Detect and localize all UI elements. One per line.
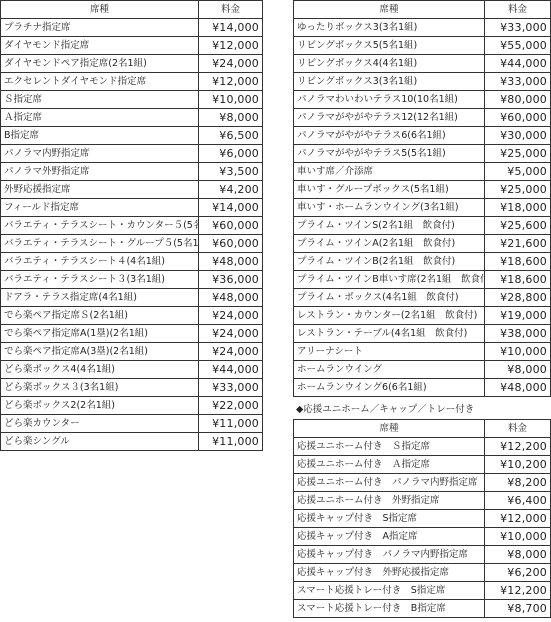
table-row: 応援キャップ付き S指定席¥12,000 bbox=[294, 510, 551, 528]
table-row: でら楽ペア指定席A(3塁)(2名1組)¥24,000 bbox=[1, 343, 263, 361]
price-cell: ¥48,000 bbox=[199, 253, 263, 271]
table-row: どら楽シングル¥11,000 bbox=[1, 433, 263, 451]
header-seat: 席種 bbox=[294, 420, 485, 438]
seat-name-cell: ダイヤモンド指定席 bbox=[1, 37, 199, 55]
table-row: 外野応援指定席¥4,200 bbox=[1, 181, 263, 199]
price-cell: ¥3,500 bbox=[199, 163, 263, 181]
seat-price-table-right: 席種 料金 ゆったりボックス3(3名1組)¥33,000リビングボックス5(5名… bbox=[293, 0, 551, 397]
price-cell: ¥24,000 bbox=[199, 55, 263, 73]
table-row: Ｓ指定席¥10,000 bbox=[1, 91, 263, 109]
price-cell: ¥11,000 bbox=[199, 415, 263, 433]
price-cell: ¥5,000 bbox=[485, 163, 551, 181]
price-cell: ¥8,000 bbox=[485, 546, 551, 564]
header-seat: 席種 bbox=[294, 1, 485, 19]
table-row: どら楽ボックス4(4名1組)¥44,000 bbox=[1, 361, 263, 379]
seat-name-cell: パノラマわいわいテラス10(10名1組) bbox=[294, 91, 485, 109]
table-row: B指定席¥6,500 bbox=[1, 127, 263, 145]
seat-name-cell: パノラマがやがやテラス5(5名1組) bbox=[294, 145, 485, 163]
price-cell: ¥36,000 bbox=[199, 271, 263, 289]
price-cell: ¥8,700 bbox=[485, 600, 551, 618]
seat-name-cell: レストラン・カウンター(2名1組 飲食付) bbox=[294, 307, 485, 325]
table-row: リビングボックス5(5名1組)¥55,000 bbox=[294, 37, 551, 55]
seat-name-cell: プライム・ツインB車いす席(2名1組 飲食付) bbox=[294, 271, 485, 289]
header-price: 料金 bbox=[485, 420, 551, 438]
price-cell: ¥12,000 bbox=[199, 73, 263, 91]
price-cell: ¥24,000 bbox=[199, 325, 263, 343]
table-row: ゆったりボックス3(3名1組)¥33,000 bbox=[294, 19, 551, 37]
table-row: ダイヤモンドペア指定席(2名1組)¥24,000 bbox=[1, 55, 263, 73]
table-row: ホームランウイング6(6名1組)¥48,000 bbox=[294, 379, 551, 397]
price-cell: ¥18,600 bbox=[485, 253, 551, 271]
price-cell: ¥12,000 bbox=[485, 510, 551, 528]
seat-name-cell: プライム・ツインB(2名1組 飲食付) bbox=[294, 253, 485, 271]
seat-name-cell: プライム・ツインA(2名1組 飲食付) bbox=[294, 235, 485, 253]
table-row: どら楽ボックス2(2名1組)¥22,000 bbox=[1, 397, 263, 415]
price-cell: ¥25,000 bbox=[485, 181, 551, 199]
table-row: バラエティ・テラスシート・カウンター５(5名1組)¥60,000 bbox=[1, 217, 263, 235]
table-row: パノラマわいわいテラス10(10名1組)¥80,000 bbox=[294, 91, 551, 109]
table-row: パノラマがやがやテラス12(12名1組)¥60,000 bbox=[294, 109, 551, 127]
seat-name-cell: ドアラ・テラス指定席(4名1組) bbox=[1, 289, 199, 307]
seat-name-cell: プラチナ指定席 bbox=[1, 19, 199, 37]
price-cell: ¥10,000 bbox=[485, 343, 551, 361]
table-row: 応援ユニホーム付き Ｓ指定席¥12,200 bbox=[294, 438, 551, 456]
table-row: パノラマ内野指定席¥6,000 bbox=[1, 145, 263, 163]
seat-name-cell: パノラマ外野指定席 bbox=[1, 163, 199, 181]
table-row: どら楽カウンター¥11,000 bbox=[1, 415, 263, 433]
price-cell: ¥12,200 bbox=[485, 582, 551, 600]
price-cell: ¥8,000 bbox=[485, 361, 551, 379]
seat-name-cell: リビングボックス3(3名1組) bbox=[294, 73, 485, 91]
table-header-row: 席種 料金 bbox=[294, 1, 551, 19]
price-cell: ¥4,200 bbox=[199, 181, 263, 199]
price-cell: ¥60,000 bbox=[485, 109, 551, 127]
table-row: 応援キャップ付き 外野応援指定席¥6,200 bbox=[294, 564, 551, 582]
table-row: プライム・ツインS(2名1組 飲食付)¥25,600 bbox=[294, 217, 551, 235]
price-cell: ¥25,000 bbox=[485, 145, 551, 163]
seat-name-cell: 車いす・ホームランウイング(3名1組) bbox=[294, 199, 485, 217]
seat-name-cell: スマート応援トレー付き S指定席 bbox=[294, 582, 485, 600]
seat-name-cell: バラエティ・テラスシート・カウンター５(5名1組) bbox=[1, 217, 199, 235]
price-cell: ¥48,000 bbox=[485, 379, 551, 397]
seat-name-cell: Ａ指定席 bbox=[1, 109, 199, 127]
table-header-row: 席種 料金 bbox=[294, 420, 551, 438]
seat-name-cell: スマート応援トレー付き B指定席 bbox=[294, 600, 485, 618]
table-row: パノラマ外野指定席¥3,500 bbox=[1, 163, 263, 181]
table-row: 応援ユニホーム付き Ａ指定席¥10,200 bbox=[294, 456, 551, 474]
price-cell: ¥55,000 bbox=[485, 37, 551, 55]
seat-name-cell: バラエティ・テラスシート・グループ５(5名1組) bbox=[1, 235, 199, 253]
price-cell: ¥33,000 bbox=[485, 19, 551, 37]
table-row: でら楽ペア指定席A(1塁)(2名1組)¥24,000 bbox=[1, 325, 263, 343]
seat-price-table-left: 席種 料金 プラチナ指定席¥14,000ダイヤモンド指定席¥12,000ダイヤモ… bbox=[0, 0, 263, 451]
table-row: プライム・ツインB車いす席(2名1組 飲食付)¥18,600 bbox=[294, 271, 551, 289]
table-row: 応援キャップ付き パノラマ内野指定席¥8,000 bbox=[294, 546, 551, 564]
price-cell: ¥10,000 bbox=[485, 528, 551, 546]
seat-name-cell: Ｓ指定席 bbox=[1, 91, 199, 109]
seat-name-cell: でら楽ペア指定席Ｓ(2名1組) bbox=[1, 307, 199, 325]
price-cell: ¥28,800 bbox=[485, 289, 551, 307]
seat-name-cell: 応援ユニホーム付き 外野指定席 bbox=[294, 492, 485, 510]
price-cell: ¥8,200 bbox=[485, 474, 551, 492]
table-row: どら楽ボックス３(3名1組)¥33,000 bbox=[1, 379, 263, 397]
seat-name-cell: リビングボックス5(5名1組) bbox=[294, 37, 485, 55]
table-row: リビングボックス3(3名1組)¥33,000 bbox=[294, 73, 551, 91]
seat-name-cell: 車いす席／介添席 bbox=[294, 163, 485, 181]
seat-name-cell: ゆったりボックス3(3名1組) bbox=[294, 19, 485, 37]
seat-name-cell: フィールド指定席 bbox=[1, 199, 199, 217]
table-row: プライム・ツインA(2名1組 飲食付)¥21,600 bbox=[294, 235, 551, 253]
price-cell: ¥60,000 bbox=[199, 235, 263, 253]
price-cell: ¥10,200 bbox=[485, 456, 551, 474]
seat-name-cell: パノラマがやがやテラス12(12名1組) bbox=[294, 109, 485, 127]
table-row: スマート応援トレー付き B指定席¥8,700 bbox=[294, 600, 551, 618]
price-cell: ¥25,600 bbox=[485, 217, 551, 235]
price-cell: ¥44,000 bbox=[199, 361, 263, 379]
price-cell: ¥18,000 bbox=[485, 199, 551, 217]
table-row: エクセレントダイヤモンド指定席¥12,000 bbox=[1, 73, 263, 91]
table-row: フィールド指定席¥14,000 bbox=[1, 199, 263, 217]
header-price: 料金 bbox=[199, 1, 263, 19]
seat-name-cell: B指定席 bbox=[1, 127, 199, 145]
seat-name-cell: 応援キャップ付き A指定席 bbox=[294, 528, 485, 546]
seat-name-cell: どら楽ボックス2(2名1組) bbox=[1, 397, 199, 415]
price-cell: ¥30,000 bbox=[485, 127, 551, 145]
table-row: 車いす席／介添席¥5,000 bbox=[294, 163, 551, 181]
seat-name-cell: ホームランウイング bbox=[294, 361, 485, 379]
seat-name-cell: どら楽シングル bbox=[1, 433, 199, 451]
table-row: バラエティ・テラスシート３(3名1組)¥36,000 bbox=[1, 271, 263, 289]
table-row: アリーナシート¥10,000 bbox=[294, 343, 551, 361]
seat-name-cell: 車いす・グループボックス(5名1組) bbox=[294, 181, 485, 199]
price-cell: ¥24,000 bbox=[199, 307, 263, 325]
table-row: 車いす・ホームランウイング(3名1組)¥18,000 bbox=[294, 199, 551, 217]
table-row: プライム・ボックス(4名1組 飲食付)¥28,800 bbox=[294, 289, 551, 307]
table-row: リビングボックス4(4名1組)¥44,000 bbox=[294, 55, 551, 73]
seat-name-cell: 応援キャップ付き パノラマ内野指定席 bbox=[294, 546, 485, 564]
price-cell: ¥14,000 bbox=[199, 19, 263, 37]
seat-name-cell: 外野応援指定席 bbox=[1, 181, 199, 199]
seat-name-cell: パノラマがやがやテラス6(6名1組) bbox=[294, 127, 485, 145]
seat-name-cell: バラエティ・テラスシート４(4名1組) bbox=[1, 253, 199, 271]
price-cell: ¥21,600 bbox=[485, 235, 551, 253]
price-cell: ¥6,000 bbox=[199, 145, 263, 163]
seat-name-cell: 応援ユニホーム付き Ｓ指定席 bbox=[294, 438, 485, 456]
header-price: 料金 bbox=[485, 1, 551, 19]
seat-name-cell: パノラマ内野指定席 bbox=[1, 145, 199, 163]
table-row: ドアラ・テラス指定席(4名1組)¥48,000 bbox=[1, 289, 263, 307]
seat-name-cell: 応援ユニホーム付き Ａ指定席 bbox=[294, 456, 485, 474]
price-cell: ¥48,000 bbox=[199, 289, 263, 307]
price-cell: ¥18,600 bbox=[485, 271, 551, 289]
seat-name-cell: ホームランウイング6(6名1組) bbox=[294, 379, 485, 397]
seat-name-cell: プライム・ボックス(4名1組 飲食付) bbox=[294, 289, 485, 307]
price-cell: ¥12,200 bbox=[485, 438, 551, 456]
table-row: バラエティ・テラスシート４(4名1組)¥48,000 bbox=[1, 253, 263, 271]
table-row: 車いす・グループボックス(5名1組)¥25,000 bbox=[294, 181, 551, 199]
table-row: パノラマがやがやテラス6(6名1組)¥30,000 bbox=[294, 127, 551, 145]
price-cell: ¥6,400 bbox=[485, 492, 551, 510]
seat-name-cell: どら楽カウンター bbox=[1, 415, 199, 433]
table-row: レストラン・テーブル(4名1組 飲食付)¥38,000 bbox=[294, 325, 551, 343]
table-row: スマート応援トレー付き S指定席¥12,200 bbox=[294, 582, 551, 600]
price-cell: ¥38,000 bbox=[485, 325, 551, 343]
seat-name-cell: プライム・ツインS(2名1組 飲食付) bbox=[294, 217, 485, 235]
price-cell: ¥33,000 bbox=[485, 73, 551, 91]
seat-name-cell: 応援キャップ付き S指定席 bbox=[294, 510, 485, 528]
table-row: ホームランウイング¥8,000 bbox=[294, 361, 551, 379]
price-cell: ¥19,000 bbox=[485, 307, 551, 325]
price-cell: ¥33,000 bbox=[199, 379, 263, 397]
seat-name-cell: レストラン・テーブル(4名1組 飲食付) bbox=[294, 325, 485, 343]
seat-name-cell: でら楽ペア指定席A(3塁)(2名1組) bbox=[1, 343, 199, 361]
price-cell: ¥60,000 bbox=[199, 217, 263, 235]
price-cell: ¥6,200 bbox=[485, 564, 551, 582]
table-row: バラエティ・テラスシート・グループ５(5名1組)¥60,000 bbox=[1, 235, 263, 253]
seat-name-cell: 応援キャップ付き 外野応援指定席 bbox=[294, 564, 485, 582]
header-seat: 席種 bbox=[1, 1, 199, 19]
price-cell: ¥12,000 bbox=[199, 37, 263, 55]
table-row: ダイヤモンド指定席¥12,000 bbox=[1, 37, 263, 55]
table-row: Ａ指定席¥8,000 bbox=[1, 109, 263, 127]
price-cell: ¥44,000 bbox=[485, 55, 551, 73]
seat-name-cell: どら楽ボックス4(4名1組) bbox=[1, 361, 199, 379]
seat-name-cell: でら楽ペア指定席A(1塁)(2名1組) bbox=[1, 325, 199, 343]
table-row: パノラマがやがやテラス5(5名1組)¥25,000 bbox=[294, 145, 551, 163]
seat-name-cell: バラエティ・テラスシート３(3名1組) bbox=[1, 271, 199, 289]
seat-name-cell: 応援ユニホーム付き パノラマ内野指定席 bbox=[294, 474, 485, 492]
price-cell: ¥22,000 bbox=[199, 397, 263, 415]
table-row: 応援キャップ付き A指定席¥10,000 bbox=[294, 528, 551, 546]
price-cell: ¥14,000 bbox=[199, 199, 263, 217]
seat-price-table-support-goods: 席種 料金 応援ユニホーム付き Ｓ指定席¥12,200応援ユニホーム付き Ａ指定… bbox=[293, 419, 551, 618]
table-header-row: 席種 料金 bbox=[1, 1, 263, 19]
price-cell: ¥6,500 bbox=[199, 127, 263, 145]
table-row: プライム・ツインB(2名1組 飲食付)¥18,600 bbox=[294, 253, 551, 271]
table-row: でら楽ペア指定席Ｓ(2名1組)¥24,000 bbox=[1, 307, 263, 325]
seat-name-cell: どら楽ボックス３(3名1組) bbox=[1, 379, 199, 397]
seat-name-cell: ダイヤモンドペア指定席(2名1組) bbox=[1, 55, 199, 73]
price-cell: ¥80,000 bbox=[485, 91, 551, 109]
table-row: 応援ユニホーム付き パノラマ内野指定席¥8,200 bbox=[294, 474, 551, 492]
price-cell: ¥11,000 bbox=[199, 433, 263, 451]
section-title-support-goods: ◆応援ユニホーム／キャップ／トレー付き bbox=[296, 403, 474, 417]
price-cell: ¥24,000 bbox=[199, 343, 263, 361]
table-row: 応援ユニホーム付き 外野指定席¥6,400 bbox=[294, 492, 551, 510]
seat-name-cell: アリーナシート bbox=[294, 343, 485, 361]
seat-name-cell: リビングボックス4(4名1組) bbox=[294, 55, 485, 73]
table-row: レストラン・カウンター(2名1組 飲食付)¥19,000 bbox=[294, 307, 551, 325]
price-cell: ¥10,000 bbox=[199, 91, 263, 109]
price-cell: ¥8,000 bbox=[199, 109, 263, 127]
seat-name-cell: エクセレントダイヤモンド指定席 bbox=[1, 73, 199, 91]
table-row: プラチナ指定席¥14,000 bbox=[1, 19, 263, 37]
